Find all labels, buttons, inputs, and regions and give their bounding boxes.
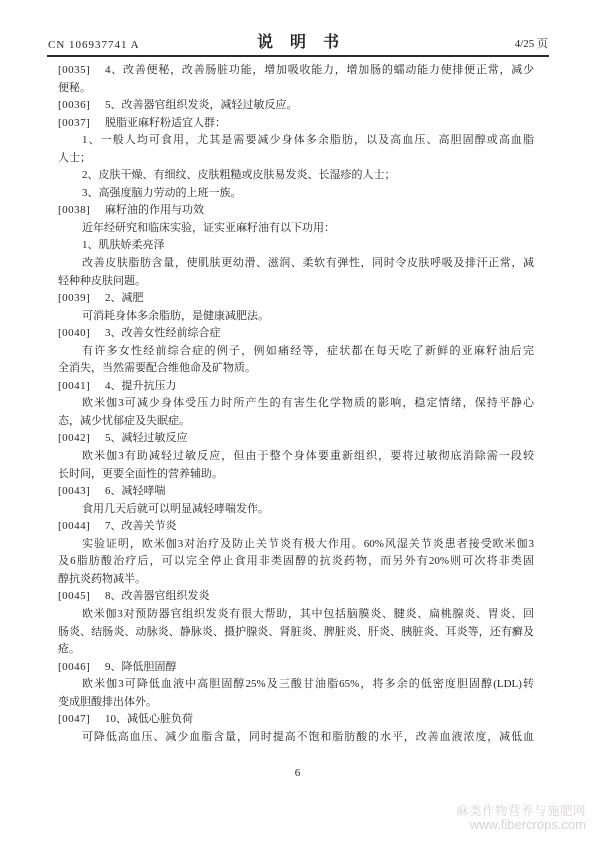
text-line: 食用几天后就可以明显减轻哮喘发作。 <box>58 501 534 519</box>
text-line: [0043]6、减轻哮喘 <box>58 483 534 501</box>
text-line: 醇抗炎药物减半。 <box>58 571 534 589</box>
paragraph-number: [0045] <box>58 588 105 606</box>
paragraph-number: [0046] <box>58 659 105 677</box>
paragraph-number: [0044] <box>58 518 105 536</box>
text-line: 人士； <box>58 150 534 168</box>
paragraph-number: [0036] <box>58 97 105 115</box>
text-line: 疮。 <box>58 641 534 659</box>
text-line: 欧米伽3可减少身体受压力时所产生的有害生化学物质的影响，稳定情绪，保持平静心 <box>58 395 534 413</box>
paragraph-number: [0035] <box>58 62 105 80</box>
text-line: 全消失，当然需要配合维他命及矿物质。 <box>58 360 534 378</box>
text-line: [0036]5、改善器官组织发炎，减轻过敏反应。 <box>58 97 534 115</box>
text-line: 轻种种皮肤问题。 <box>58 273 534 291</box>
text-line: [0035]4、改善便秘，改善肠脏功能，增加吸收能力，增加肠的蠕动能力使排便正常… <box>58 62 534 80</box>
text-line: 3、高强度脑力劳动的上班一族。 <box>58 185 534 203</box>
page-indicator: 4/25 页 <box>515 35 548 51</box>
text-line: [0045]8、改善器官组织发炎 <box>58 588 534 606</box>
page-header: CN 106937741 A 说明书 4/25 页 <box>47 30 549 57</box>
watermark-site-name: 麻类作物营养与施肥网 <box>456 804 586 818</box>
text-line: 1、肌肤娇柔亮泽 <box>58 237 534 255</box>
text-line: [0041]4、提升抗压力 <box>58 378 534 396</box>
text-line: [0038]麻籽油的作用与功效 <box>58 202 534 220</box>
text-line: [0044]7、改善关节炎 <box>58 518 534 536</box>
page-number: 6 <box>0 767 595 779</box>
text-line: 变成胆酸排出体外。 <box>58 694 534 712</box>
text-line: 欧米伽3对预防器官组织发炎有很大帮助，其中包括脑膜炎、腱炎、扁桃腺炎、胃炎、回 <box>58 606 534 624</box>
paragraph-number: [0041] <box>58 378 105 396</box>
paragraph-number: [0043] <box>58 483 105 501</box>
text-line: 改善皮肤脂肪含量，使肌肤更幼滑、滋润、柔软有弹性，同时令皮肤呼吸及排汗正常，减 <box>58 255 534 273</box>
paragraph-number: [0039] <box>58 290 105 308</box>
document-number: CN 106937741 A <box>48 39 140 51</box>
text-line: 长时间，更要全面性的营养辅助。 <box>58 466 534 484</box>
text-line: 肠炎、结肠炎、动脉炎、静脉炎、摄护腺炎、肾脏炎、脾脏炎、肝炎、胰脏炎、耳炎等，还… <box>58 624 534 642</box>
paragraph-number: [0040] <box>58 325 105 343</box>
text-line: 实验证明，欧米伽3对治疗及防止关节炎有极大作用。60%风湿关节炎患者接受欧米伽3 <box>58 536 534 554</box>
text-line: 态，减少忧郁症及失眠症。 <box>58 413 534 431</box>
text-line: 1、一般人均可食用，尤其是需要减少身体多余脂肪，以及高血压、高胆固醇或高血脂 <box>58 132 534 150</box>
text-line: [0042]5、减轻过敏反应 <box>58 430 534 448</box>
document-body: [0035]4、改善便秘，改善肠脏功能，增加吸收能力，增加肠的蠕动能力使排便正常… <box>58 62 534 746</box>
paragraph-number: [0047] <box>58 711 105 729</box>
text-line: 欧米伽3可降低血液中高胆固醇25%及三酸甘油脂65%，将多余的低密度胆固醇(LD… <box>58 676 534 694</box>
text-line: 可消耗身体多余脂肪，是健康减肥法。 <box>58 308 534 326</box>
watermark-url: www.fibercrops.com <box>456 818 586 832</box>
text-line: 及6脂肪酸治疗后，可以完全停止食用非类固醇的抗炎药物，而另外有20%则可次将非类… <box>58 553 534 571</box>
paragraph-number: [0037] <box>58 115 105 133</box>
text-line: 便秘。 <box>58 80 534 98</box>
text-line: 欧米伽3有助减轻过敏反应，但由于整个身体要重新组织，要将过敏彻底消除需一段较 <box>58 448 534 466</box>
text-line: 可降低高血压、减少血脂含量，同时提高不饱和脂肪酸的水平，改善血液浓度，减低血 <box>58 729 534 747</box>
paragraph-number: [0038] <box>58 202 105 220</box>
text-line: [0040]3、改善女性经前综合症 <box>58 325 534 343</box>
text-line: [0047]10、减低心脏负荷 <box>58 711 534 729</box>
text-line: 有许多女性经前综合症的例子，例如痛经等，症状都在每天吃了新鲜的亚麻籽油后完 <box>58 343 534 361</box>
patent-description-page: CN 106937741 A 说明书 4/25 页 [0035]4、改善便秘，改… <box>0 0 595 842</box>
text-line: [0037]脱脂亚麻籽粉适宜人群： <box>58 115 534 133</box>
text-line: 近年经研究和临床实验，证实亚麻籽油有以下功用： <box>58 220 534 238</box>
text-line: [0046]9、降低胆固醇 <box>58 659 534 677</box>
text-line: [0039]2、减肥 <box>58 290 534 308</box>
text-line: 2、皮肤干燥、有细纹、皮肤粗糙或皮肤易发炎、长湿疹的人士； <box>58 167 534 185</box>
page-title: 说明书 <box>240 29 356 52</box>
watermark: 麻类作物营养与施肥网 www.fibercrops.com <box>456 804 586 832</box>
paragraph-number: [0042] <box>58 430 105 448</box>
